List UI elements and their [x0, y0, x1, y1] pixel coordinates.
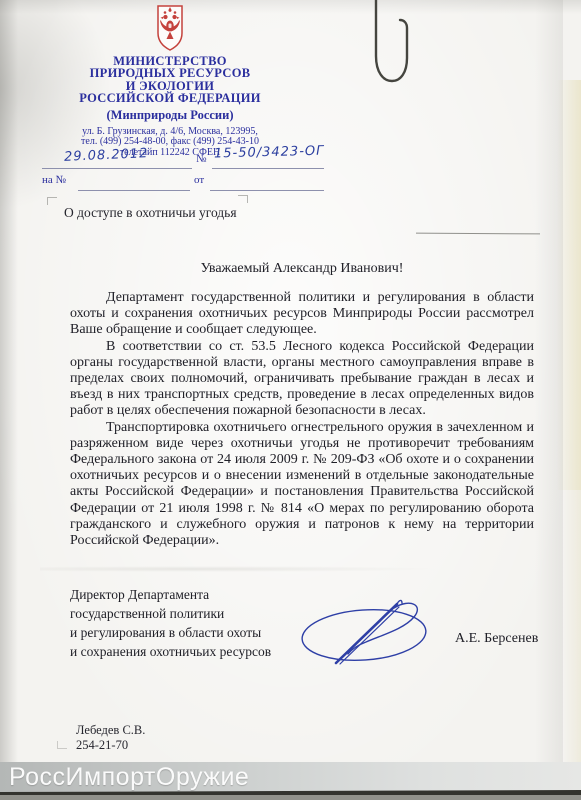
crop-mark	[238, 195, 248, 203]
number-sign-label: №	[196, 153, 207, 165]
na-no-label: на №	[42, 174, 66, 186]
body-paragraph: В соответствии со ст. 53.5 Лесного кодек…	[70, 339, 534, 420]
crop-mark	[47, 197, 57, 205]
ruled-line	[78, 190, 190, 191]
ruled-line	[212, 168, 324, 169]
executor-block: Лебедев С.В. 254-21-70	[76, 723, 145, 753]
reference-block: 29.08.2012 № 15-50/3423-ОГ на № от	[42, 146, 332, 192]
handwritten-date: 29.08.2012	[64, 146, 149, 165]
signer-name: А.Е. Берсенев	[455, 631, 538, 647]
signature-scrawl	[298, 595, 438, 670]
paperclip-icon	[352, 0, 416, 92]
ruled-line	[42, 168, 192, 169]
ministry-short-name: (Минприроды России)	[40, 108, 300, 123]
crop-mark	[57, 741, 67, 749]
coat-of-arms-icon	[154, 4, 186, 52]
ministry-name-line: РОССИЙСКОЙ ФЕДЕРАЦИИ	[40, 92, 300, 104]
body-paragraph: Транспортировка охотничьего огнестрельно…	[70, 420, 534, 550]
watermark-text: РоссИмпортОружие	[0, 762, 581, 792]
body-paragraph: Департамент государственной политики и р…	[70, 290, 534, 339]
executor-name: Лебедев С.В.	[76, 723, 145, 738]
signature-block: Директор Департамента государственной по…	[70, 585, 546, 685]
handwritten-number: 15-50/3423-ОГ	[214, 144, 325, 162]
watermark-footer: РоссИмпортОружие	[0, 762, 581, 792]
ministry-name-line: ПРИРОДНЫХ РЕСУРСОВ	[40, 67, 300, 79]
ot-label: от	[194, 174, 204, 186]
paper-crease	[40, 566, 440, 572]
scan-edge-strip	[563, 490, 581, 790]
letter-body: Уважаемый Александр Иванович! Департамен…	[70, 261, 534, 549]
scanned-letter-page: МИНИСТЕРСТВО ПРИРОДНЫХ РЕСУРСОВ И ЭКОЛОГ…	[0, 0, 581, 800]
subject-line: О доступе в охотничьи угодья	[64, 205, 237, 221]
salutation: Уважаемый Александр Иванович!	[70, 261, 534, 277]
executor-phone: 254-21-70	[76, 738, 145, 753]
scan-bottom-edge	[0, 795, 581, 800]
letterhead: МИНИСТЕРСТВО ПРИРОДНЫХ РЕСУРСОВ И ЭКОЛОГ…	[40, 4, 300, 158]
ruled-line	[210, 190, 324, 191]
